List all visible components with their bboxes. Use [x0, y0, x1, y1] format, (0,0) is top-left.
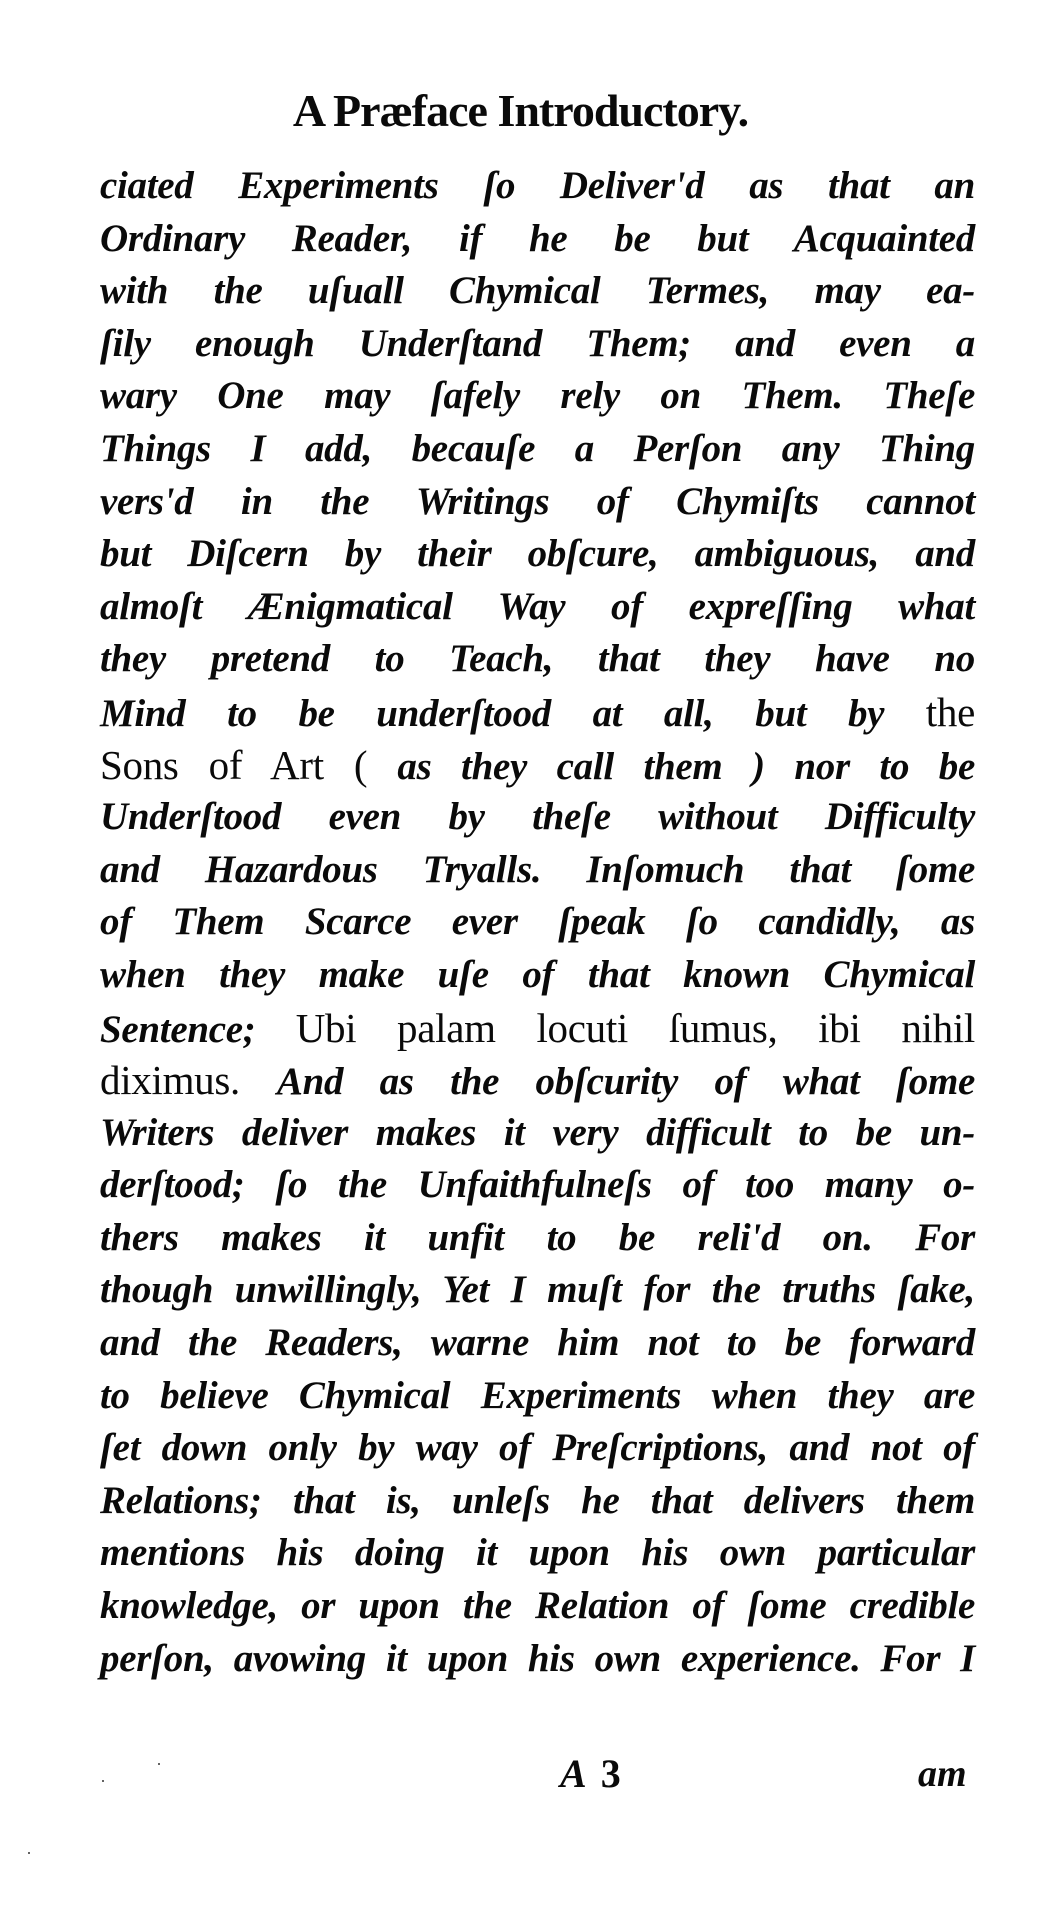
italic-text: though unwillingly, Yet I muſt for the t…	[100, 1268, 975, 1311]
italic-text: And as the obſcurity of what ſome	[277, 1060, 975, 1103]
book-page: A Præface Introductory. ciated Experimen…	[0, 0, 1041, 1907]
catchword: am	[918, 1752, 967, 1796]
italic-text: Sentence;	[100, 1008, 296, 1051]
roman-text: Ubi palam locuti ſumus, ibi nihil	[296, 1005, 975, 1051]
text-line: they pretend to Teach, that they have no	[100, 633, 975, 686]
text-line: wary One may ſafely rely on Them. Theſe	[100, 370, 975, 423]
text-line: ciated Experiments ſo Deliver'd as that …	[100, 160, 975, 213]
signature-letter: A	[560, 1751, 587, 1796]
body-text: ciated Experiments ſo Deliver'd as that …	[100, 160, 975, 1685]
text-line: Sons of Art ( as they call them ) nor to…	[100, 739, 975, 792]
print-speck	[158, 1763, 160, 1765]
italic-text: Mind to be underſtood at all, but by	[100, 692, 926, 735]
italic-text: Things I add, becauſe a Perſon any Thing	[100, 427, 975, 470]
italic-text: thers makes it unfit to be reli'd on. Fo…	[100, 1216, 975, 1259]
text-line: thers makes it unfit to be reli'd on. Fo…	[100, 1212, 975, 1265]
italic-text: they pretend to Teach, that they have no	[100, 637, 975, 680]
print-speck	[28, 1852, 30, 1854]
roman-text: Sons of Art (	[100, 742, 397, 788]
print-speck	[102, 1780, 104, 1782]
italic-text: ſet down only by way of Preſcriptions, a…	[100, 1426, 975, 1469]
text-line: Relations; that is, unleſs he that deliv…	[100, 1475, 975, 1528]
italic-text: Writers deliver makes it very difficult …	[100, 1111, 975, 1154]
text-line: ſily enough Underſtand Them; and even a	[100, 318, 975, 371]
text-line: with the uſuall Chymical Termes, may ea-	[100, 265, 975, 318]
italic-text: ciated Experiments ſo Deliver'd as that …	[100, 164, 975, 207]
text-line: and Hazardous Tryalls. Inſomuch that ſom…	[100, 844, 975, 897]
italic-text: and Hazardous Tryalls. Inſomuch that ſom…	[100, 848, 975, 891]
italic-text: Relations; that is, unleſs he that deliv…	[100, 1479, 975, 1522]
italic-text: wary One may ſafely rely on Them. Theſe	[100, 374, 975, 417]
italic-text: with the uſuall Chymical Termes, may ea-	[100, 269, 975, 312]
text-line: mentions his doing it upon his own parti…	[100, 1527, 975, 1580]
italic-text: as they call them ) nor to be	[397, 745, 975, 788]
text-line: knowledge, or upon the Relation of ſome …	[100, 1580, 975, 1633]
roman-text: the	[926, 689, 975, 735]
italic-text: vers'd in the Writings of Chymiſts canno…	[100, 480, 975, 523]
text-line: perſon, avowing it upon his own experien…	[100, 1633, 975, 1686]
italic-text: Underſtood even by theſe without Difficu…	[100, 795, 975, 838]
text-line: ſet down only by way of Preſcriptions, a…	[100, 1422, 975, 1475]
italic-text: and the Readers, warne him not to be for…	[100, 1321, 975, 1364]
text-line: Ordinary Reader, if he be but Acquainted	[100, 213, 975, 266]
text-line: when they make uſe of that known Chymica…	[100, 949, 975, 1002]
italic-text: when they make uſe of that known Chymica…	[100, 953, 975, 996]
text-line: diximus. And as the obſcurity of what ſo…	[100, 1054, 975, 1107]
italic-text: almoſt Ænigmatical Way of expreſſing wha…	[100, 585, 975, 628]
roman-text: diximus.	[100, 1057, 277, 1103]
italic-text: derſtood; ſo the Unfaithfulneſs of too m…	[100, 1163, 975, 1206]
text-line: Sentence; Ubi palam locuti ſumus, ibi ni…	[100, 1002, 975, 1055]
text-line: Mind to be underſtood at all, but by the	[100, 686, 975, 739]
italic-text: to believe Chymical Experiments when the…	[100, 1374, 975, 1417]
text-line: derſtood; ſo the Unfaithfulneſs of too m…	[100, 1159, 975, 1212]
italic-text: knowledge, or upon the Relation of ſome …	[100, 1584, 975, 1627]
text-line: Things I add, becauſe a Perſon any Thing	[100, 423, 975, 476]
text-line: Writers deliver makes it very difficult …	[100, 1107, 975, 1160]
signature-mark: A3	[560, 1750, 621, 1797]
italic-text: mentions his doing it upon his own parti…	[100, 1531, 975, 1574]
text-line: of Them Scarce ever ſpeak ſo candidly, a…	[100, 896, 975, 949]
signature-number: 3	[601, 1751, 621, 1796]
italic-text: perſon, avowing it upon his own experien…	[100, 1637, 975, 1680]
text-line: though unwillingly, Yet I muſt for the t…	[100, 1264, 975, 1317]
text-line: to believe Chymical Experiments when the…	[100, 1370, 975, 1423]
italic-text: of Them Scarce ever ſpeak ſo candidly, a…	[100, 900, 975, 943]
text-line: Underſtood even by theſe without Difficu…	[100, 791, 975, 844]
running-head: A Præface Introductory.	[0, 88, 1041, 134]
text-line: vers'd in the Writings of Chymiſts canno…	[100, 476, 975, 529]
italic-text: but Diſcern by their obſcure, ambiguous,…	[100, 532, 975, 575]
italic-text: ſily enough Underſtand Them; and even a	[100, 322, 975, 365]
text-line: and the Readers, warne him not to be for…	[100, 1317, 975, 1370]
text-line: but Diſcern by their obſcure, ambiguous,…	[100, 528, 975, 581]
text-line: almoſt Ænigmatical Way of expreſſing wha…	[100, 581, 975, 634]
italic-text: Ordinary Reader, if he be but Acquainted	[100, 217, 975, 260]
